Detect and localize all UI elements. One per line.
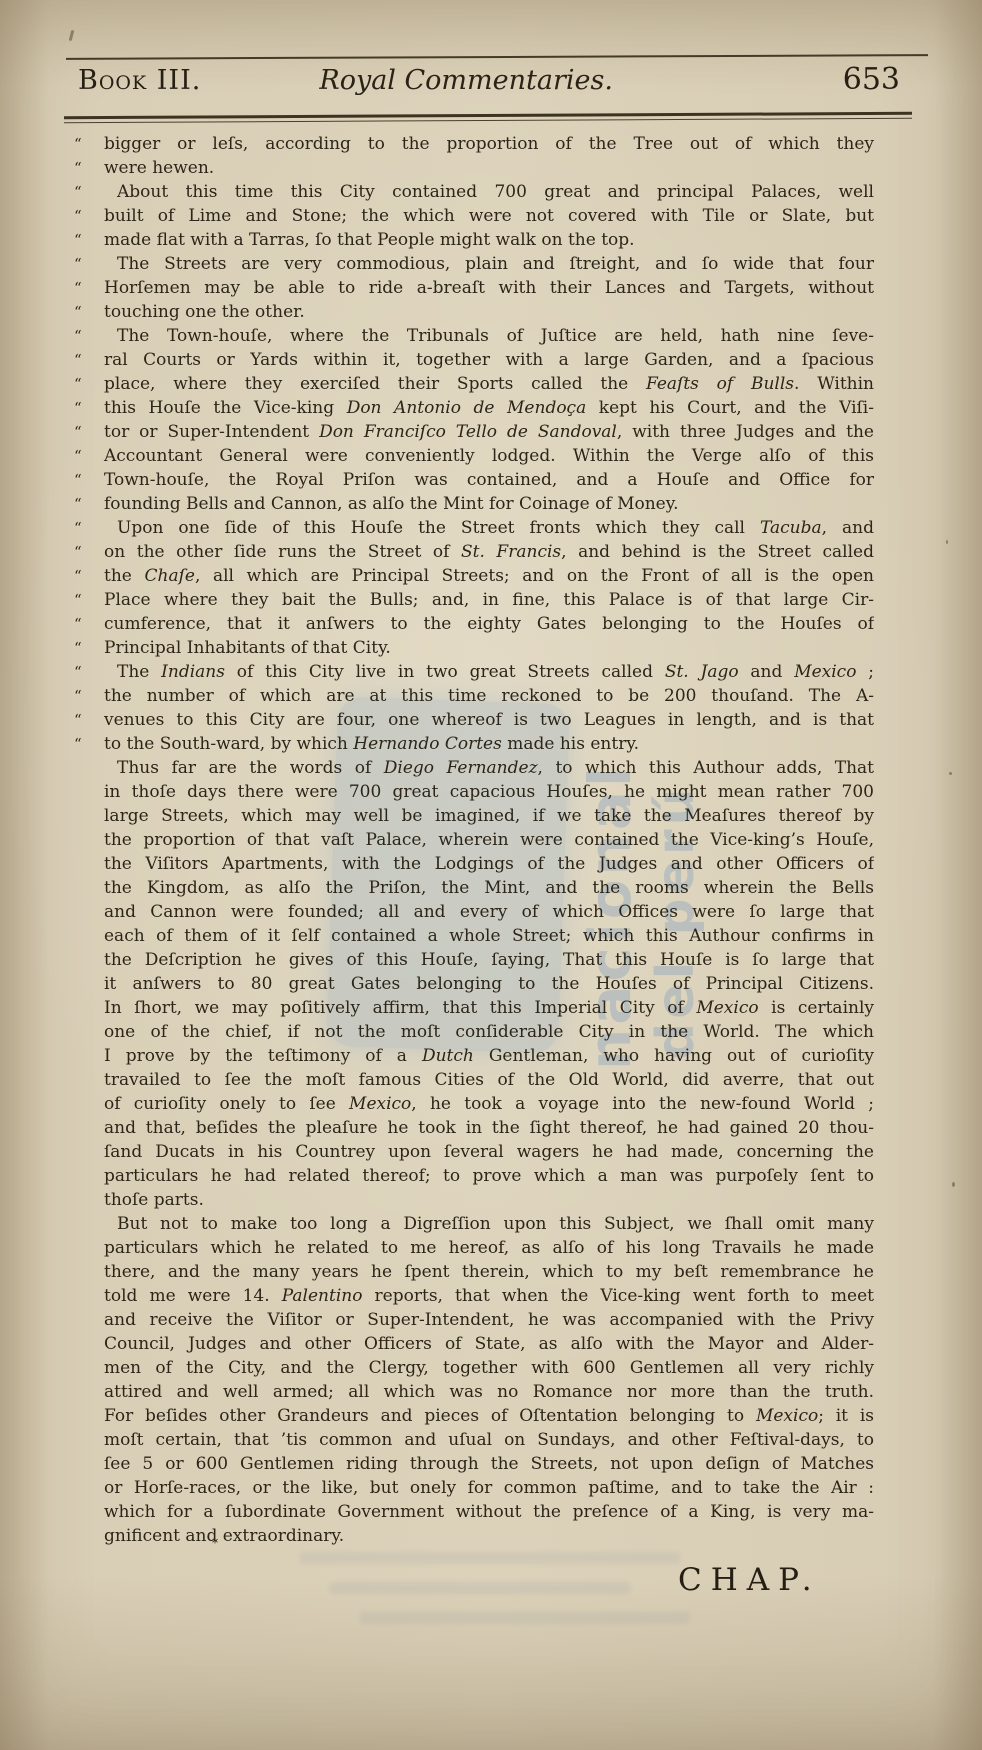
quote-mark	[74, 948, 104, 972]
line-text: on the other ſide runs the Street of St.…	[104, 540, 874, 564]
quote-mark	[74, 1068, 104, 1092]
quote-mark: “	[74, 324, 104, 348]
line-text: Principal Inhabitants of that City.	[104, 636, 874, 660]
ink-speck	[952, 1182, 955, 1187]
line-text: it anſwers to 80 great Gates belonging t…	[104, 972, 874, 996]
book-page: Book III. Royal Commentaries. 653 nacion…	[0, 0, 982, 1750]
ghost-bleed-line	[360, 1612, 690, 1624]
line-text: ſee 5 or 600 Gentlemen riding through th…	[104, 1452, 874, 1476]
line-text: Thus far are the words of Diego Fernande…	[104, 756, 874, 780]
text-line: in thoſe days there were 700 great capac…	[74, 780, 874, 804]
text-line: particulars he had related thereof; to p…	[74, 1164, 874, 1188]
text-line: “The Town-houſe, where the Tribunals of …	[74, 324, 874, 348]
text-line: “this Houſe the Vice-king Don Antonio de…	[74, 396, 874, 420]
text-line: large Streets, which may well be imagine…	[74, 804, 874, 828]
text-line: “the number of which are at this time re…	[74, 684, 874, 708]
quote-mark	[74, 1020, 104, 1044]
text-line: “tor or Super-Intendent Don Franciſco Te…	[74, 420, 874, 444]
quote-mark: “	[74, 636, 104, 660]
page-number: 653	[843, 62, 900, 97]
text-line: ſee 5 or 600 Gentlemen riding through th…	[74, 1452, 874, 1476]
quote-mark	[74, 1188, 104, 1212]
text-line: Thus far are the words of Diego Fernande…	[74, 756, 874, 780]
text-line: one of the chief, if not the moſt conſid…	[74, 1020, 874, 1044]
text-line: thoſe parts.	[74, 1188, 874, 1212]
text-line: “on the other ſide runs the Street of St…	[74, 540, 874, 564]
line-text: thoſe parts.	[104, 1188, 874, 1212]
ink-speck	[69, 30, 75, 41]
quote-mark: “	[74, 252, 104, 276]
text-line: ſand Ducats in his Countrey upon ſeveral…	[74, 1140, 874, 1164]
text-line: told me were 14. Palentino reports, that…	[74, 1284, 874, 1308]
ghost-bleed-line	[330, 1582, 630, 1594]
text-line: “touching one the other.	[74, 300, 874, 324]
line-text: the Deſcription he gives of this Houſe, …	[104, 948, 874, 972]
quote-mark: “	[74, 492, 104, 516]
quote-mark	[74, 1332, 104, 1356]
line-text: large Streets, which may well be imagine…	[104, 804, 874, 828]
quote-mark	[74, 1356, 104, 1380]
text-line: and receive the Viſitor or Super-Intende…	[74, 1308, 874, 1332]
text-line: But not to make too long a Digreſſion up…	[74, 1212, 874, 1236]
text-line: “Upon one ſide of this Houſe the Street …	[74, 516, 874, 540]
quote-mark: “	[74, 204, 104, 228]
quote-mark: “	[74, 180, 104, 204]
line-text: Accountant General were conveniently lod…	[104, 444, 874, 468]
line-text: Upon one ſide of this Houſe the Street f…	[104, 516, 874, 540]
quote-mark	[74, 1524, 104, 1548]
quote-mark	[74, 1212, 104, 1236]
text-line: of curioſity onely to ſee Mexico, he too…	[74, 1092, 874, 1116]
quote-mark: “	[74, 276, 104, 300]
ink-speck	[946, 540, 948, 544]
text-line: the Viſitors Apartments, with the Lodgin…	[74, 852, 874, 876]
quote-mark: “	[74, 228, 104, 252]
ink-speck	[949, 772, 952, 775]
quote-mark	[74, 1500, 104, 1524]
line-text: Place where they bait the Bulls; and, in…	[104, 588, 874, 612]
line-text: the proportion of that vaſt Palace, wher…	[104, 828, 874, 852]
line-text: ral Courts or Yards within it, together …	[104, 348, 874, 372]
text-line: “built of Lime and Stone; the which were…	[74, 204, 874, 228]
text-line: “the Chaſe, all which are Principal Stre…	[74, 564, 874, 588]
line-text: For beſides other Grandeurs and pieces o…	[104, 1404, 874, 1428]
line-text: there, and the many years he ſpent there…	[104, 1260, 874, 1284]
line-text: particulars which he related to me hereo…	[104, 1236, 874, 1260]
page-title: Royal Commentaries.	[319, 65, 613, 96]
line-text: each of them of it ſelf contained a whol…	[104, 924, 874, 948]
line-text: Town-houſe, the Royal Priſon was contain…	[104, 468, 874, 492]
text-line: there, and the many years he ſpent there…	[74, 1260, 874, 1284]
text-line: “Principal Inhabitants of that City.	[74, 636, 874, 660]
quote-mark: “	[74, 516, 104, 540]
text-line: In ſhort, we may poſitively affirm, that…	[74, 996, 874, 1020]
text-line: each of them of it ſelf contained a whol…	[74, 924, 874, 948]
line-text: the Viſitors Apartments, with the Lodgin…	[104, 852, 874, 876]
quote-mark: “	[74, 444, 104, 468]
text-line: “Accountant General were conveniently lo…	[74, 444, 874, 468]
text-line: “About this time this City contained 700…	[74, 180, 874, 204]
quote-mark: “	[74, 396, 104, 420]
quote-mark	[74, 1092, 104, 1116]
quote-mark	[74, 1236, 104, 1260]
line-text: travailed to ſee the moſt famous Cities …	[104, 1068, 874, 1092]
quote-mark: “	[74, 348, 104, 372]
line-text: The Streets are very commodious, plain a…	[104, 252, 874, 276]
quote-mark	[74, 780, 104, 804]
quote-mark: “	[74, 132, 104, 156]
quote-mark	[74, 900, 104, 924]
line-text: tor or Super-Intendent Don Franciſco Tel…	[104, 420, 874, 444]
line-text: But not to make too long a Digreſſion up…	[104, 1212, 874, 1236]
quote-mark: “	[74, 564, 104, 588]
quote-mark: “	[74, 588, 104, 612]
quote-mark: “	[74, 420, 104, 444]
text-line: I prove by the teſtimony of a Dutch Gent…	[74, 1044, 874, 1068]
line-text: the Kingdom, as alſo the Priſon, the Min…	[104, 876, 874, 900]
text-line: “venues to this City are four, one where…	[74, 708, 874, 732]
text-line: Council, Judges and other Officers of St…	[74, 1332, 874, 1356]
text-line: the proportion of that vaſt Palace, wher…	[74, 828, 874, 852]
quote-mark	[74, 1116, 104, 1140]
text-line: and Cannon were founded; all and every o…	[74, 900, 874, 924]
header-rule-thin	[64, 118, 912, 123]
catchword: CHAP.	[678, 1562, 821, 1598]
line-text: in thoſe days there were 700 great capac…	[104, 780, 874, 804]
header-rule	[64, 112, 912, 123]
line-text: and that, beſides the pleaſure he took i…	[104, 1116, 874, 1140]
quote-mark	[74, 1476, 104, 1500]
text-line: the Deſcription he gives of this Houſe, …	[74, 948, 874, 972]
text-line: “bigger or leſs, according to the propor…	[74, 132, 874, 156]
text-line: For beſides other Grandeurs and pieces o…	[74, 1404, 874, 1428]
quote-mark: “	[74, 732, 104, 756]
line-text: and Cannon were founded; all and every o…	[104, 900, 874, 924]
line-text: ſand Ducats in his Countrey upon ſeveral…	[104, 1140, 874, 1164]
line-text: I prove by the teſtimony of a Dutch Gent…	[104, 1044, 874, 1068]
quote-mark	[74, 1140, 104, 1164]
line-text: told me were 14. Palentino reports, that…	[104, 1284, 874, 1308]
quote-mark	[74, 756, 104, 780]
quote-mark	[74, 1164, 104, 1188]
line-text: and receive the Viſitor or Super-Intende…	[104, 1308, 874, 1332]
quote-mark: “	[74, 468, 104, 492]
line-text: About this time this City contained 700 …	[104, 180, 874, 204]
quote-mark: “	[74, 612, 104, 636]
quote-mark	[74, 804, 104, 828]
text-line: men of the City, and the Clergy, togethe…	[74, 1356, 874, 1380]
line-text: men of the City, and the Clergy, togethe…	[104, 1356, 874, 1380]
line-text: touching one the other.	[104, 300, 874, 324]
quote-mark	[74, 996, 104, 1020]
text-line: “founding Bells and Cannon, as alſo the …	[74, 492, 874, 516]
line-text: of curioſity onely to ſee Mexico, he too…	[104, 1092, 874, 1116]
line-text: Horſemen may be able to ride a-breaſt wi…	[104, 276, 874, 300]
line-text: gnificent and extraordinary.	[104, 1524, 874, 1548]
text-line: “to the South-ward, by which Hernando Co…	[74, 732, 874, 756]
quote-mark	[74, 828, 104, 852]
line-text: one of the chief, if not the moſt conſid…	[104, 1020, 874, 1044]
line-text: were hewen.	[104, 156, 874, 180]
text-line: gnificent and extraordinary.	[74, 1524, 874, 1548]
line-text: particulars he had related thereof; to p…	[104, 1164, 874, 1188]
line-text: bigger or leſs, according to the proport…	[104, 132, 874, 156]
quote-mark: “	[74, 372, 104, 396]
text-line: “Horſemen may be able to ride a-breaſt w…	[74, 276, 874, 300]
line-text: The Town-houſe, where the Tribunals of J…	[104, 324, 874, 348]
text-line: “place, where they exerciſed their Sport…	[74, 372, 874, 396]
text-line: which for a ſubordinate Government witho…	[74, 1500, 874, 1524]
line-text: built of Lime and Stone; the which were …	[104, 204, 874, 228]
text-line: travailed to ſee the moſt famous Cities …	[74, 1068, 874, 1092]
quote-mark	[74, 1428, 104, 1452]
text-line: “cumference, that it anſwers to the eigh…	[74, 612, 874, 636]
line-text: Council, Judges and other Officers of St…	[104, 1332, 874, 1356]
text-line: the Kingdom, as alſo the Priſon, the Min…	[74, 876, 874, 900]
line-text: made flat with a Tarras, ſo that People …	[104, 228, 874, 252]
quote-mark: “	[74, 708, 104, 732]
ghost-bleed-line	[300, 1552, 680, 1564]
text-line: moſt certain, that ’tis common and uſual…	[74, 1428, 874, 1452]
line-text: attired and well armed; all which was no…	[104, 1380, 874, 1404]
text-line: “were hewen.	[74, 156, 874, 180]
quote-mark	[74, 1404, 104, 1428]
quote-mark	[74, 1284, 104, 1308]
quote-mark	[74, 1452, 104, 1476]
quote-mark: “	[74, 684, 104, 708]
line-text: or Horſe-races, or the like, but onely f…	[104, 1476, 874, 1500]
line-text: The Indians of this City live in two gre…	[104, 660, 874, 684]
quote-mark: “	[74, 540, 104, 564]
line-text: the number of which are at this time rec…	[104, 684, 874, 708]
text-line: attired and well armed; all which was no…	[74, 1380, 874, 1404]
text-line: “made flat with a Tarras, ſo that People…	[74, 228, 874, 252]
quote-mark: “	[74, 156, 104, 180]
quote-mark	[74, 876, 104, 900]
body-lines: “bigger or leſs, according to the propor…	[74, 132, 874, 1548]
quote-mark	[74, 1044, 104, 1068]
quote-mark	[74, 924, 104, 948]
running-header: Book III. Royal Commentaries. 653	[78, 62, 908, 97]
quote-mark	[74, 1260, 104, 1284]
line-text: the Chaſe, all which are Principal Stree…	[104, 564, 874, 588]
text-line: “Town-houſe, the Royal Priſon was contai…	[74, 468, 874, 492]
quote-mark: “	[74, 300, 104, 324]
text-line: “The Indians of this City live in two gr…	[74, 660, 874, 684]
line-text: founding Bells and Cannon, as alſo the M…	[104, 492, 874, 516]
book-label: Book III.	[78, 65, 201, 96]
line-text: In ſhort, we may poſitively affirm, that…	[104, 996, 874, 1020]
text-line: or Horſe-races, or the like, but onely f…	[74, 1476, 874, 1500]
line-text: moſt certain, that ’tis common and uſual…	[104, 1428, 874, 1452]
line-text: this Houſe the Vice-king Don Antonio de …	[104, 396, 874, 420]
top-rule	[66, 54, 928, 60]
text-line: it anſwers to 80 great Gates belonging t…	[74, 972, 874, 996]
section-mark: *	[212, 1536, 218, 1550]
quote-mark	[74, 1308, 104, 1332]
text-line: “ral Courts or Yards within it, together…	[74, 348, 874, 372]
line-text: to the South-ward, by which Hernando Cor…	[104, 732, 874, 756]
line-text: cumference, that it anſwers to the eight…	[104, 612, 874, 636]
text-line: particulars which he related to me hereo…	[74, 1236, 874, 1260]
quote-mark	[74, 972, 104, 996]
quote-mark: “	[74, 660, 104, 684]
line-text: which for a ſubordinate Government witho…	[104, 1500, 874, 1524]
quote-mark	[74, 852, 104, 876]
text-line: and that, beſides the pleaſure he took i…	[74, 1116, 874, 1140]
text-line: “The Streets are very commodious, plain …	[74, 252, 874, 276]
line-text: venues to this City are four, one whereo…	[104, 708, 874, 732]
line-text: place, where they exerciſed their Sports…	[104, 372, 874, 396]
text-line: “Place where they bait the Bulls; and, i…	[74, 588, 874, 612]
quote-mark	[74, 1380, 104, 1404]
